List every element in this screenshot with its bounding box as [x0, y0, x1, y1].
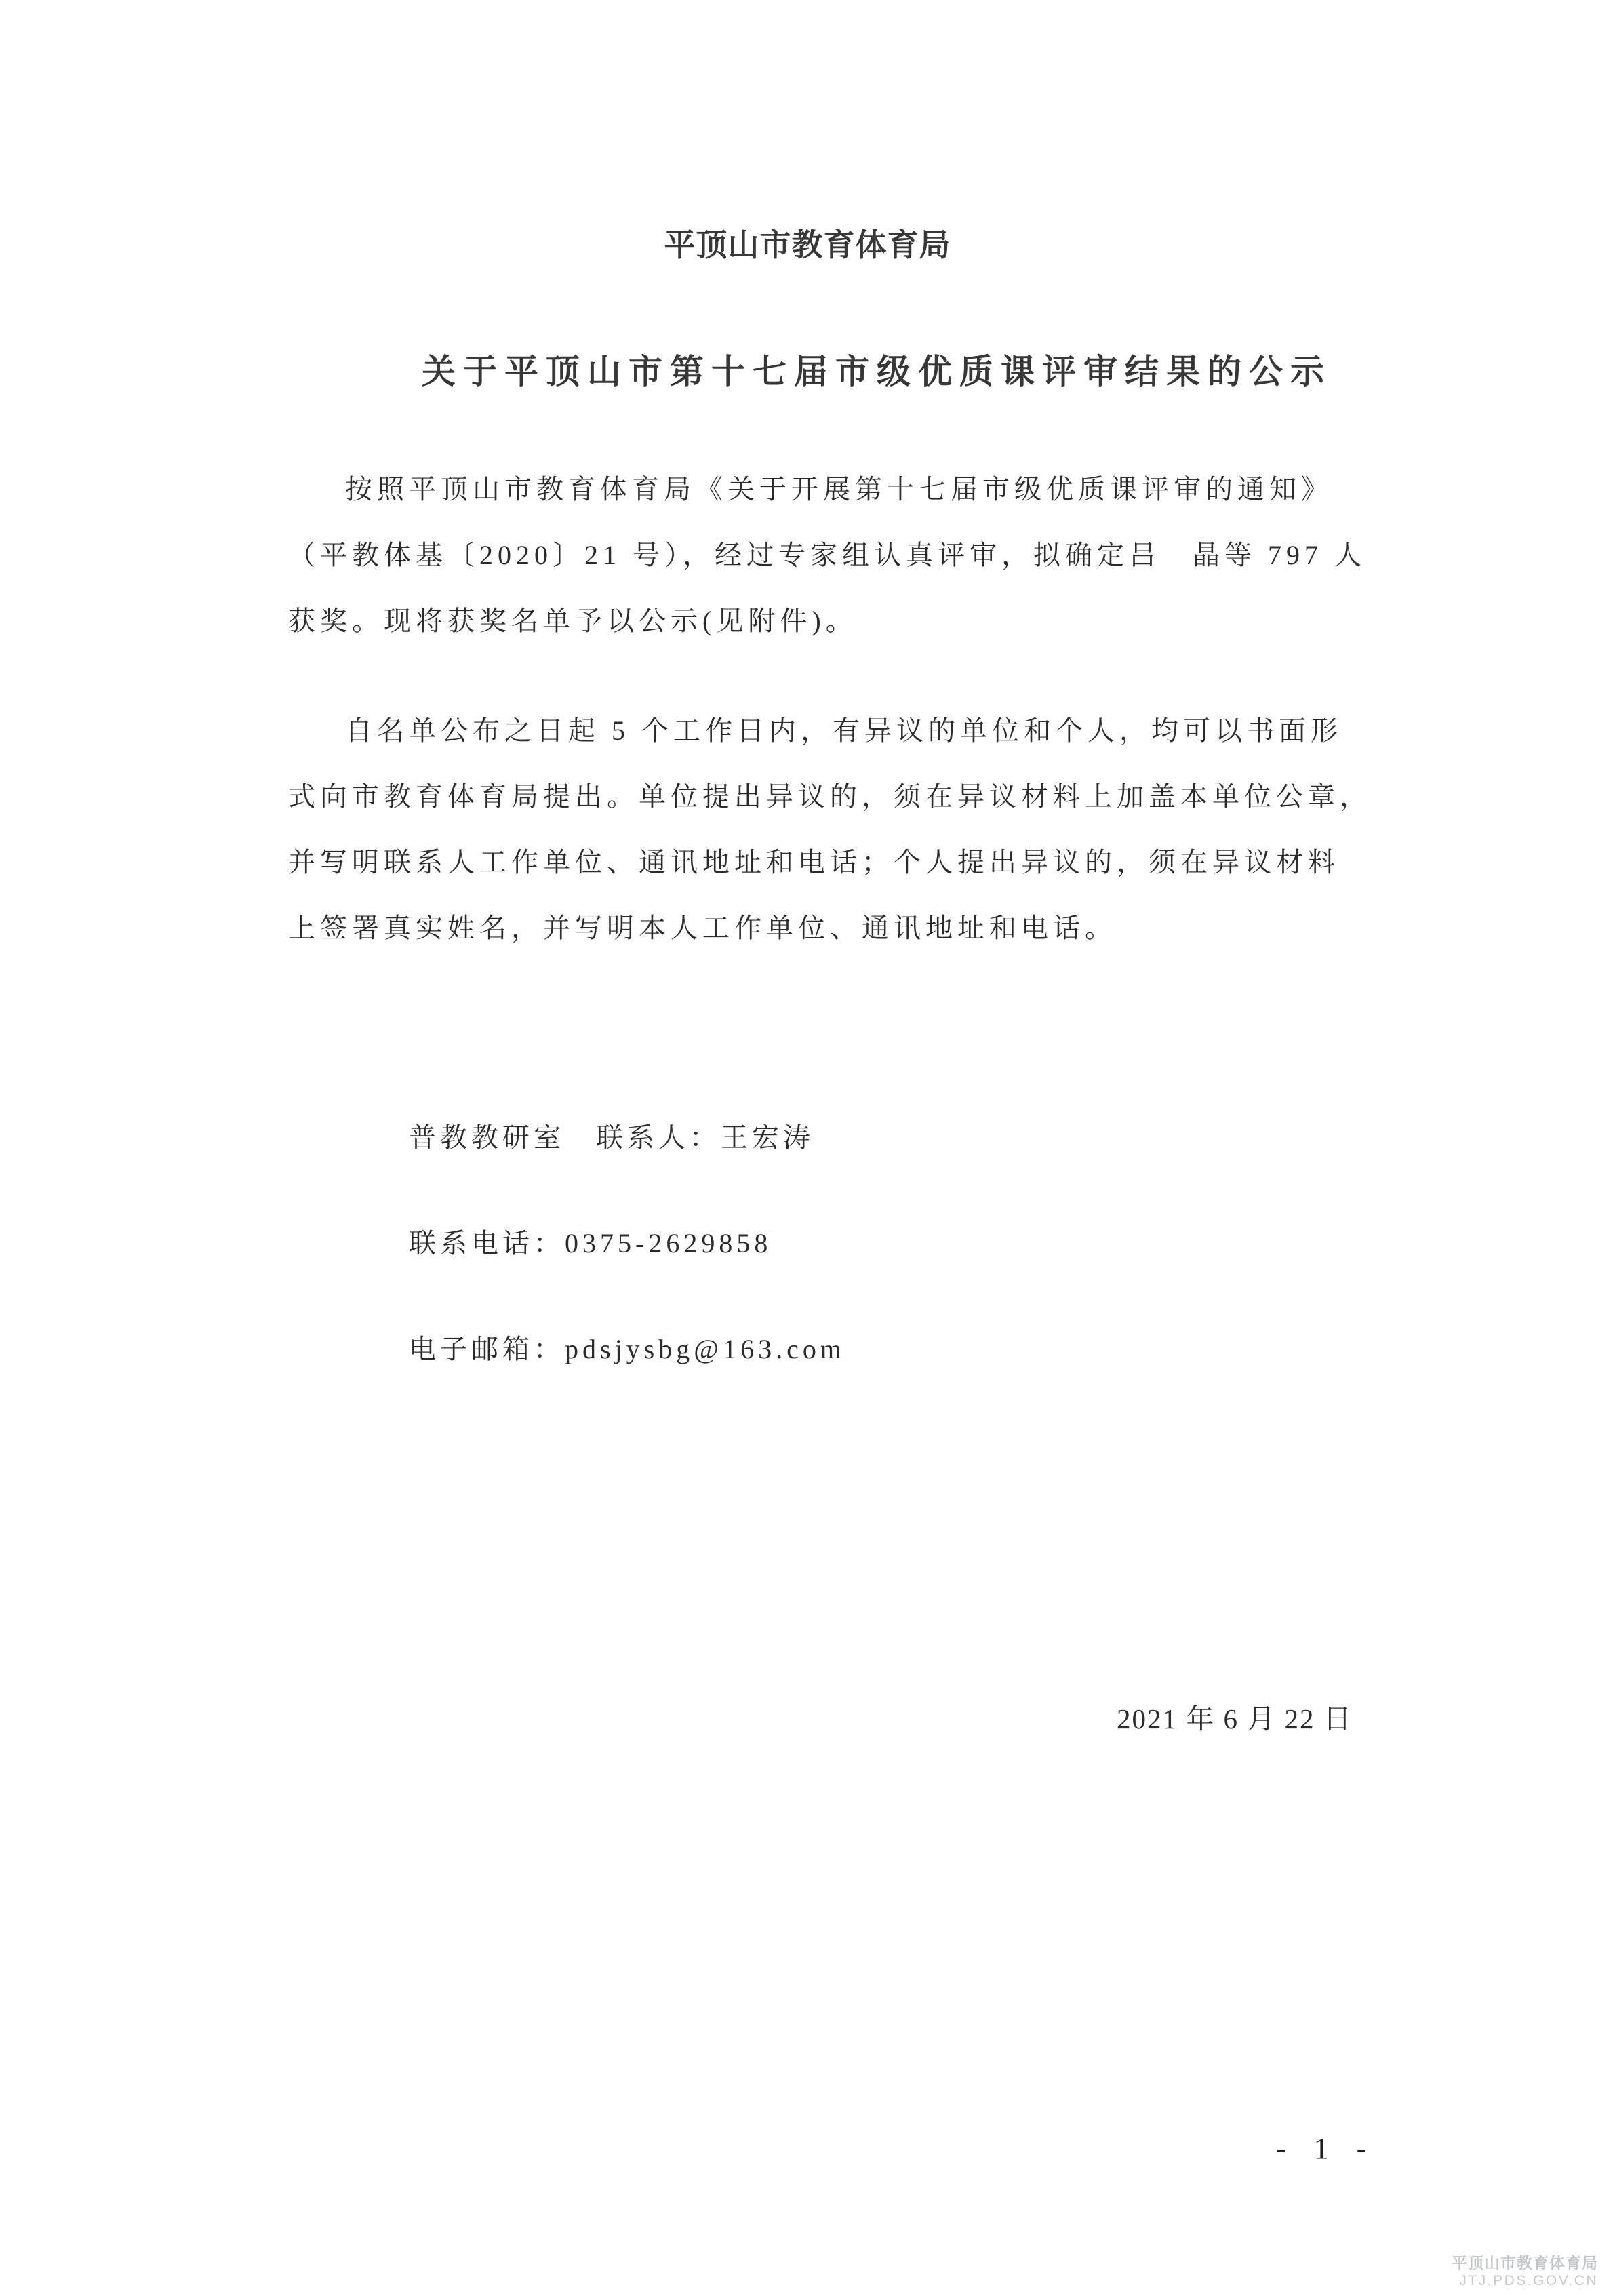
page-number: - 1 -: [1276, 2131, 1376, 2166]
paragraph-2-line-1: 自名单公布之日起 5 个工作日内，有异议的单位和个人，均可以书面形: [288, 698, 1372, 764]
contact-email-line: 电子邮箱：pdsjysbg@163.com: [409, 1297, 845, 1402]
org-title: 平顶山市教育体育局: [0, 220, 1615, 265]
doc-title: 关于平顶山市第十七届市级优质课评审结果的公示: [422, 344, 1332, 393]
paragraph-2-line-2: 式向市教育体育局提出。单位提出异议的，须在异议材料上加盖本单位公章，: [288, 764, 1372, 829]
document-date: 2021 年 6 月 22 日: [1117, 1697, 1353, 1737]
watermark: 平顶山市教育体育局 JTJ.PDS.GOV.CN: [1452, 2254, 1598, 2289]
paragraph-1-line-3: 获奖。现将获奖名单予以公示(见附件)。: [288, 588, 1366, 654]
contact-phone-line: 联系电话：0375-2629858: [409, 1191, 845, 1297]
paragraph-2: 自名单公布之日起 5 个工作日内，有异议的单位和个人，均可以书面形 式向市教育体…: [288, 698, 1372, 961]
contact-block: 普教教研室 联系人：王宏涛 联系电话：0375-2629858 电子邮箱：pds…: [409, 1085, 845, 1402]
watermark-org-text: 平顶山市教育体育局: [1452, 2254, 1598, 2272]
contact-department-line: 普教教研室 联系人：王宏涛: [409, 1085, 845, 1191]
paragraph-2-line-4: 上签署真实姓名，并写明本人工作单位、通讯地址和电话。: [288, 895, 1372, 961]
watermark-url-text: JTJ.PDS.GOV.CN: [1452, 2272, 1598, 2289]
paragraph-1-line-2: （平教体基〔2020〕21 号），经过专家组认真评审，拟确定吕 晶等 797 人: [288, 522, 1366, 588]
paragraph-2-line-3: 并写明联系人工作单位、通讯地址和电话；个人提出异议的，须在异议材料: [288, 829, 1372, 895]
paragraph-1: 按照平顶山市教育体育局《关于开展第十七届市级优质课评审的通知》 （平教体基〔20…: [288, 456, 1366, 654]
paragraph-1-line-1: 按照平顶山市教育体育局《关于开展第十七届市级优质课评审的通知》: [288, 456, 1366, 522]
document-page: 平顶山市教育体育局 关于平顶山市第十七届市级优质课评审结果的公示 按照平顶山市教…: [0, 0, 1615, 2296]
